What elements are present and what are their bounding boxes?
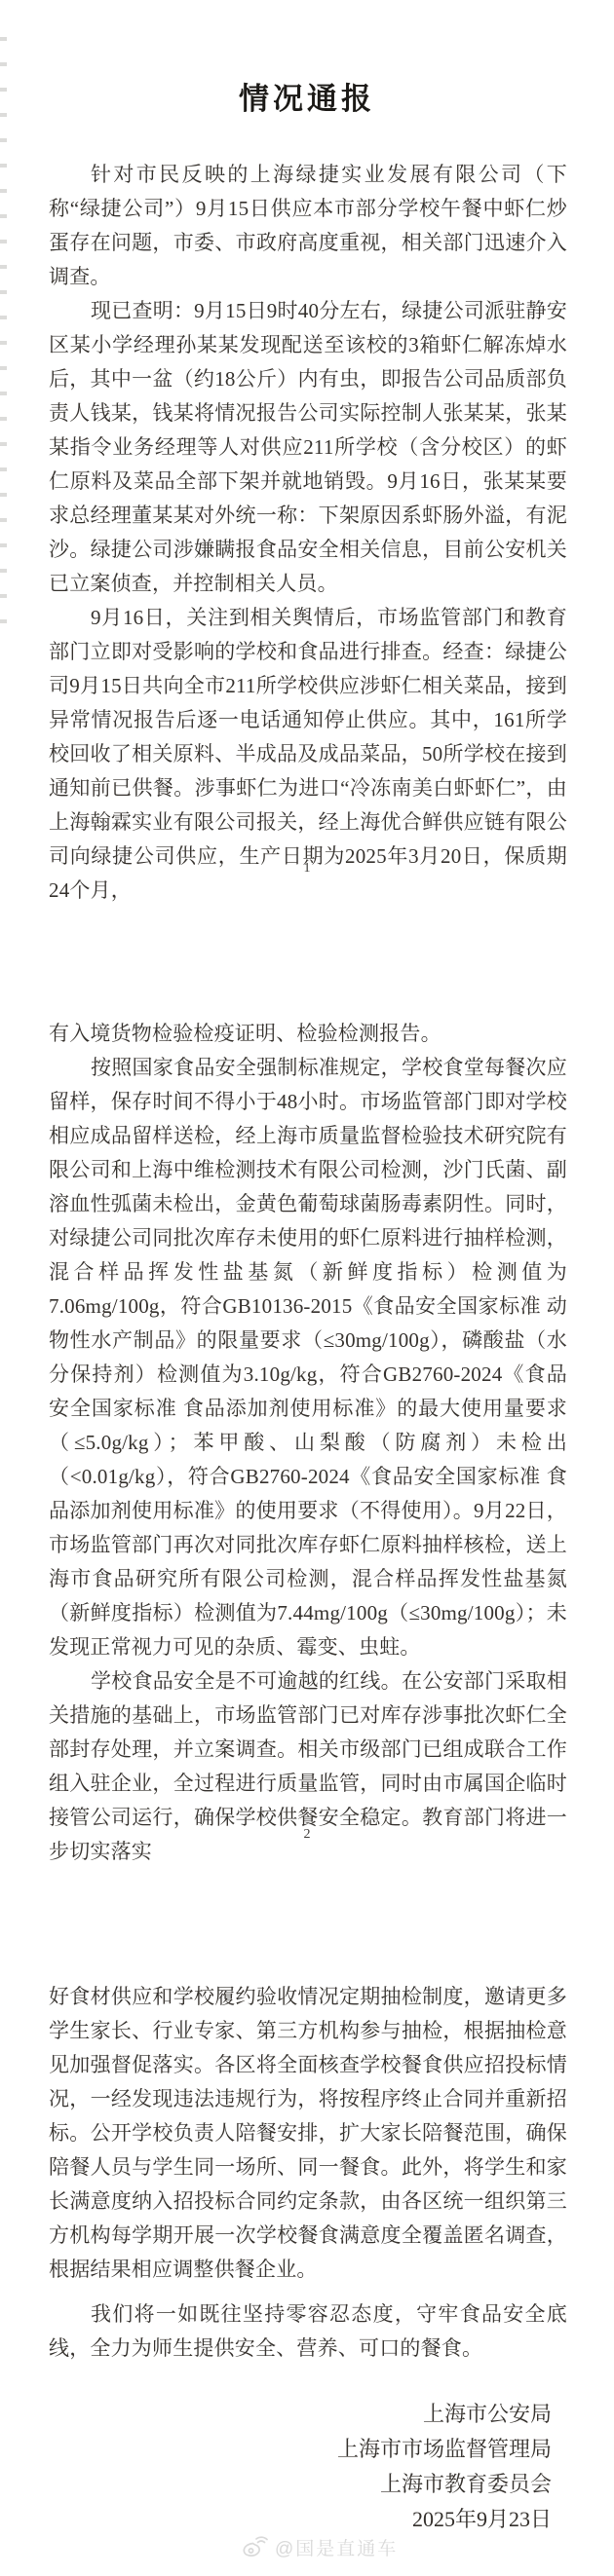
signature-org: 上海市市场监督管理局 <box>0 2432 552 2467</box>
page1-body: 针对市民反映的上海绿捷实业发展有限公司（下称“绿捷公司”）9月15日供应本市部分… <box>49 158 567 908</box>
paragraph: 好食材供应和学校履约验收情况定期抽检制度，邀请更多学生家长、行业专家、第三方机构… <box>49 1980 567 2287</box>
signature-org: 上海市教育委员会 <box>0 2467 552 2502</box>
page-number-1: 1 <box>0 861 614 877</box>
signature-block: 上海市公安局 上海市市场监督管理局 上海市教育委员会 2025年9月23日 <box>0 2397 614 2537</box>
watermark: @国是直通车 <box>242 2534 398 2560</box>
paragraph: 按照国家食品安全强制标准规定，学校食堂每餐次应留样，保存时间不得小于48小时。市… <box>49 1051 567 1664</box>
page3-body: 好食材供应和学校履约验收情况定期抽检制度，邀请更多学生家长、行业专家、第三方机构… <box>49 1980 567 2366</box>
document-page: 情况通报 针对市民反映的上海绿捷实业发展有限公司（下称“绿捷公司”）9月15日供… <box>0 0 614 2576</box>
paragraph: 现已查明：9月15日9时40分左右，绿捷公司派驻静安区某小学经理孙某某发现配送至… <box>49 294 567 601</box>
page2-body: 有入境货物检验检疫证明、检验检测报告。 按照国家食品安全强制标准规定，学校食堂每… <box>49 1017 567 1869</box>
weibo-icon <box>242 2536 268 2558</box>
page-number-2: 2 <box>0 1827 614 1843</box>
signature-date: 2025年9月23日 <box>0 2502 552 2537</box>
paragraph: 针对市民反映的上海绿捷实业发展有限公司（下称“绿捷公司”）9月15日供应本市部分… <box>49 158 567 294</box>
page-title: 情况通报 <box>0 74 614 118</box>
watermark-text: @国是直通车 <box>275 2534 398 2560</box>
scan-artifact <box>0 37 7 631</box>
paragraph: 有入境货物检验检疫证明、检验检测报告。 <box>49 1017 567 1051</box>
paragraph: 我们将一如既往坚持零容忍态度，守牢食品安全底线，全力为师生提供安全、营养、可口的… <box>49 2297 567 2366</box>
signature-org: 上海市公安局 <box>0 2397 552 2432</box>
